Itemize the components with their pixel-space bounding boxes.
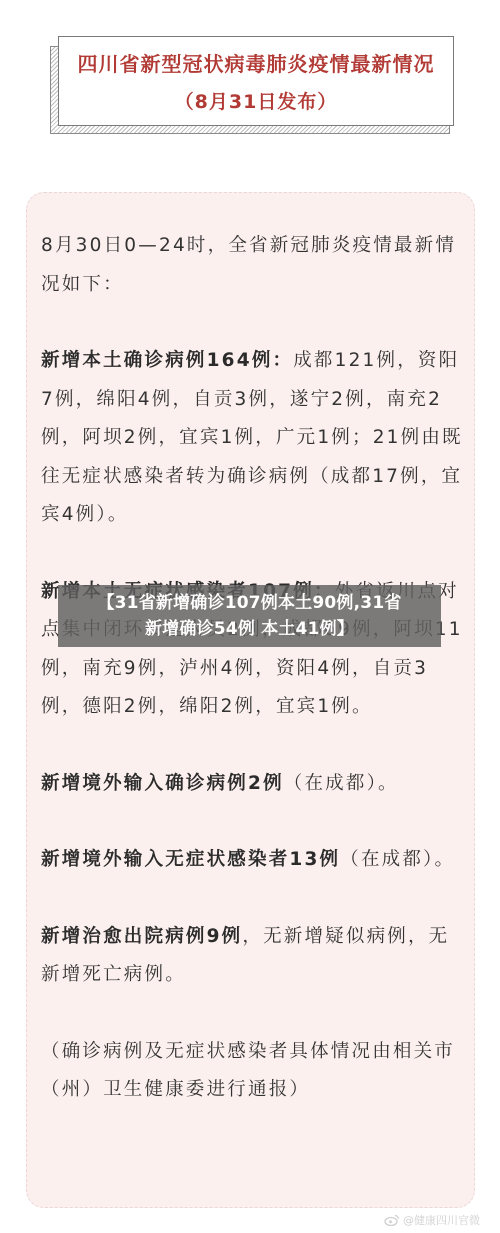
section-heading: 新增境外输入无症状感染者13例 xyxy=(41,849,340,870)
footnote: （确诊病例及无症状感染者具体情况由相关市（州）卫生健康委进行通报） xyxy=(41,1033,465,1110)
header-frame: 四川省新型冠状病毒肺炎疫情最新情况 （8月31日发布） xyxy=(58,36,454,126)
section-body: 成都121例，资阳7例，绵阳4例，自贡3例，遂宁2例，南充2例，阿坝2例，宜宾1… xyxy=(41,350,463,525)
section-recovered: 新增治愈出院病例9例，无新增疑似病例，无新增死亡病例。 xyxy=(41,918,465,995)
section-heading: 新增治愈出院病例9例 xyxy=(41,926,242,947)
banner-line-1: 【31省新增确诊107例本土90例,31省 xyxy=(97,590,401,616)
section-body: （在成都）。 xyxy=(284,773,399,794)
section-heading: 新增境外输入确诊病例2例 xyxy=(41,773,284,794)
publish-date: （8月31日发布） xyxy=(175,87,338,114)
header-box: 四川省新型冠状病毒肺炎疫情最新情况 （8月31日发布） xyxy=(50,36,454,134)
watermark: @健康四川官微 xyxy=(384,1212,480,1228)
section-heading: 新增本土确诊病例164例： xyxy=(41,350,293,371)
section-imported-asymptomatic: 新增境外输入无症状感染者13例（在成都）。 xyxy=(41,841,465,880)
watermark-text: @健康四川官微 xyxy=(403,1212,480,1228)
page: 四川省新型冠状病毒肺炎疫情最新情况 （8月31日发布） 8月30日0—24时，全… xyxy=(0,0,500,1233)
banner-line-2: 新增确诊54例 本土41例】 xyxy=(145,616,354,642)
intro-paragraph: 8月30日0—24时，全省新冠肺炎疫情最新情况如下： xyxy=(41,227,465,304)
section-body: （在成都）。 xyxy=(340,849,455,870)
headline-banner: 【31省新增确诊107例本土90例,31省 新增确诊54例 本土41例】 xyxy=(58,585,441,647)
card-body: 8月30日0—24时，全省新冠肺炎疫情最新情况如下： 新增本土确诊病例164例：… xyxy=(41,227,465,1110)
weibo-icon xyxy=(384,1214,400,1226)
content-card: 8月30日0—24时，全省新冠肺炎疫情最新情况如下： 新增本土确诊病例164例：… xyxy=(26,192,475,1208)
page-title: 四川省新型冠状病毒肺炎疫情最新情况 xyxy=(78,48,435,77)
section-imported-confirmed: 新增境外输入确诊病例2例（在成都）。 xyxy=(41,765,465,804)
section-local-confirmed: 新增本土确诊病例164例：成都121例，资阳7例，绵阳4例，自贡3例，遂宁2例，… xyxy=(41,342,465,535)
